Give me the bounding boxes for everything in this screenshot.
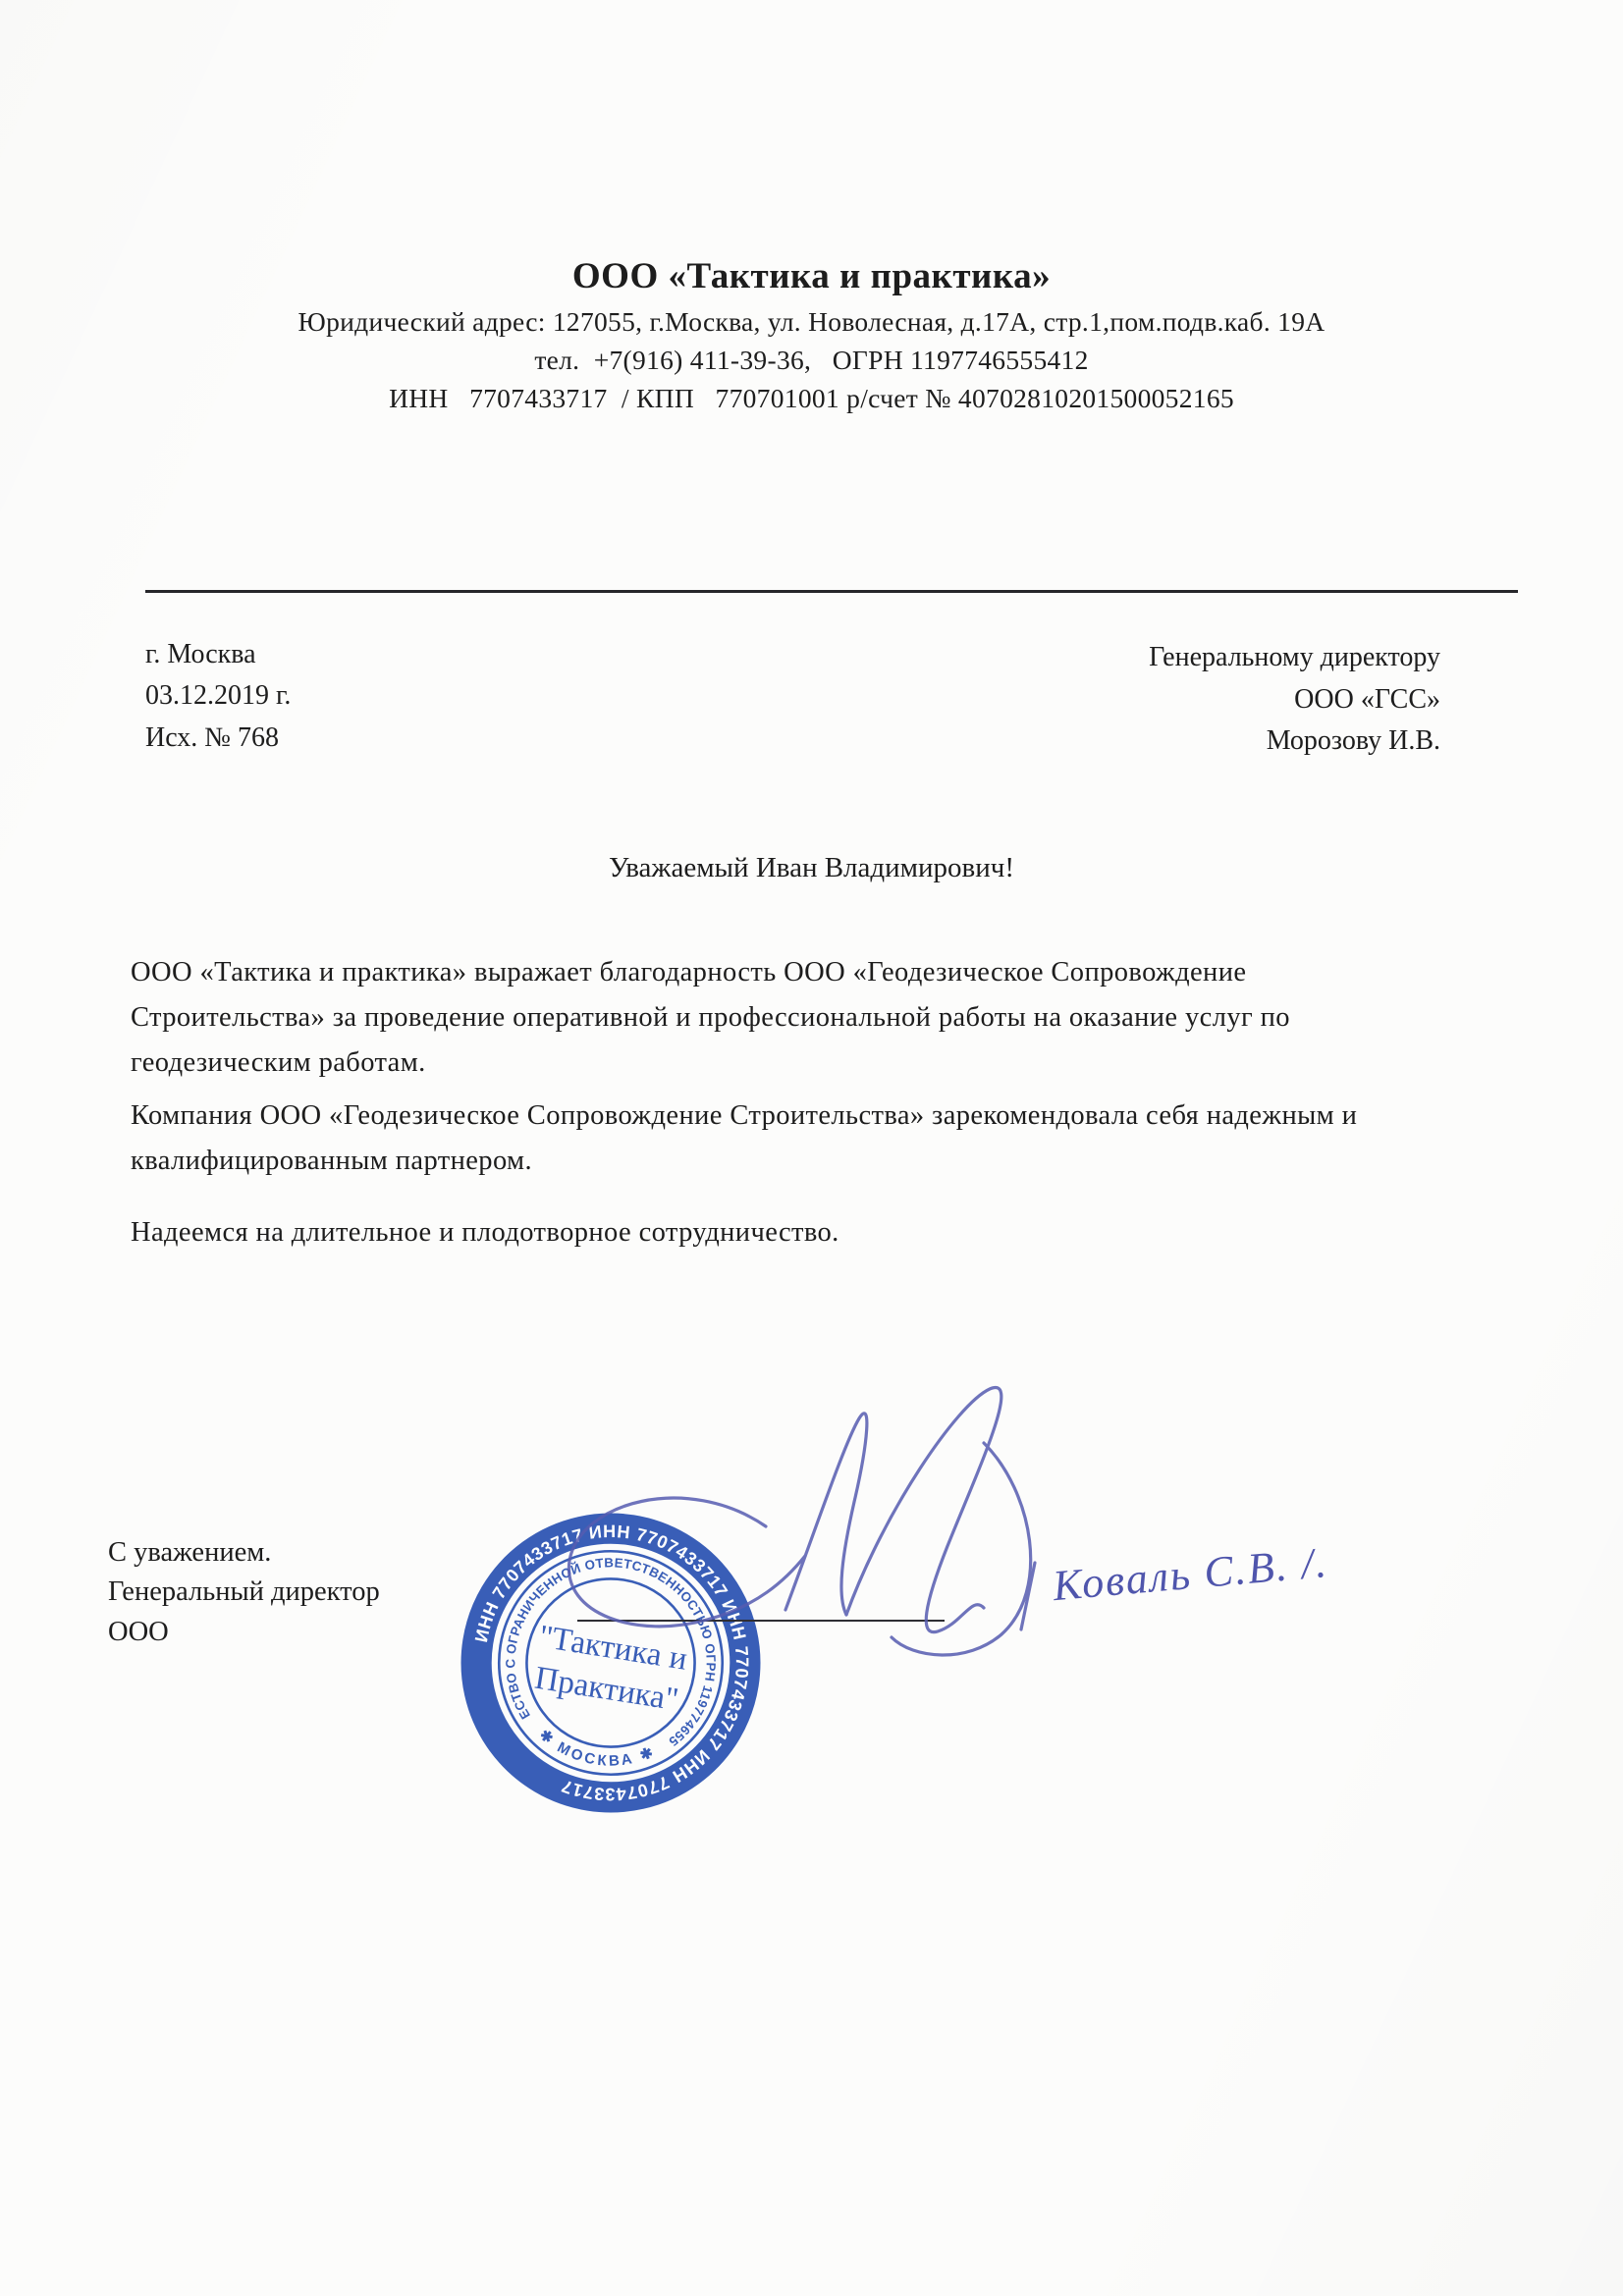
salutation: Уважаемый Иван Владимирович! [0, 852, 1623, 884]
paragraph-3-line-1: Надеемся на длительное и плодотворное со… [131, 1217, 839, 1249]
recipient-position: Генеральному директору [1149, 642, 1440, 673]
letter-outgoing-number: Исх. № 768 [145, 722, 279, 754]
letter-city: г. Москва [145, 639, 256, 670]
letter-date: 03.12.2019 г. [145, 680, 291, 712]
scanned-letter-page: ООО «Тактика и практика» Юридический адр… [0, 0, 1623, 2296]
signature-ink [511, 1355, 1080, 1688]
handwritten-signature-name: Коваль С.В. /. [1051, 1537, 1329, 1611]
paragraph-2-line-1: Компания ООО «Геодезическое Сопровождени… [131, 1100, 1357, 1132]
letterhead-address-line: Юридический адрес: 127055, г.Москва, ул.… [0, 306, 1623, 338]
letterhead-inn-kpp-account-line: ИНН 7707433717 / КПП 770701001 р/счет № … [0, 383, 1623, 414]
paragraph-2-line-2: квалифицированным партнером. [131, 1146, 532, 1177]
header-divider [145, 590, 1518, 593]
closing-regards: С уважением. [108, 1537, 271, 1569]
paragraph-1-line-2: Строительства» за проведение оперативной… [131, 1002, 1290, 1034]
recipient-company: ООО «ГСС» [1294, 684, 1440, 716]
closing-company: ООО [108, 1617, 169, 1648]
company-title: ООО «Тактика и практика» [0, 255, 1623, 297]
recipient-name: Морозову И.В. [1267, 725, 1440, 757]
letterhead-phone-ogrn-line: тел. +7(916) 411-39-36, ОГРН 11977465554… [0, 345, 1623, 376]
closing-position: Генеральный директор [108, 1576, 380, 1608]
paragraph-1-line-3: геодезическим работам. [131, 1047, 426, 1079]
paragraph-1-line-1: ООО «Тактика и практика» выражает благод… [131, 957, 1246, 988]
